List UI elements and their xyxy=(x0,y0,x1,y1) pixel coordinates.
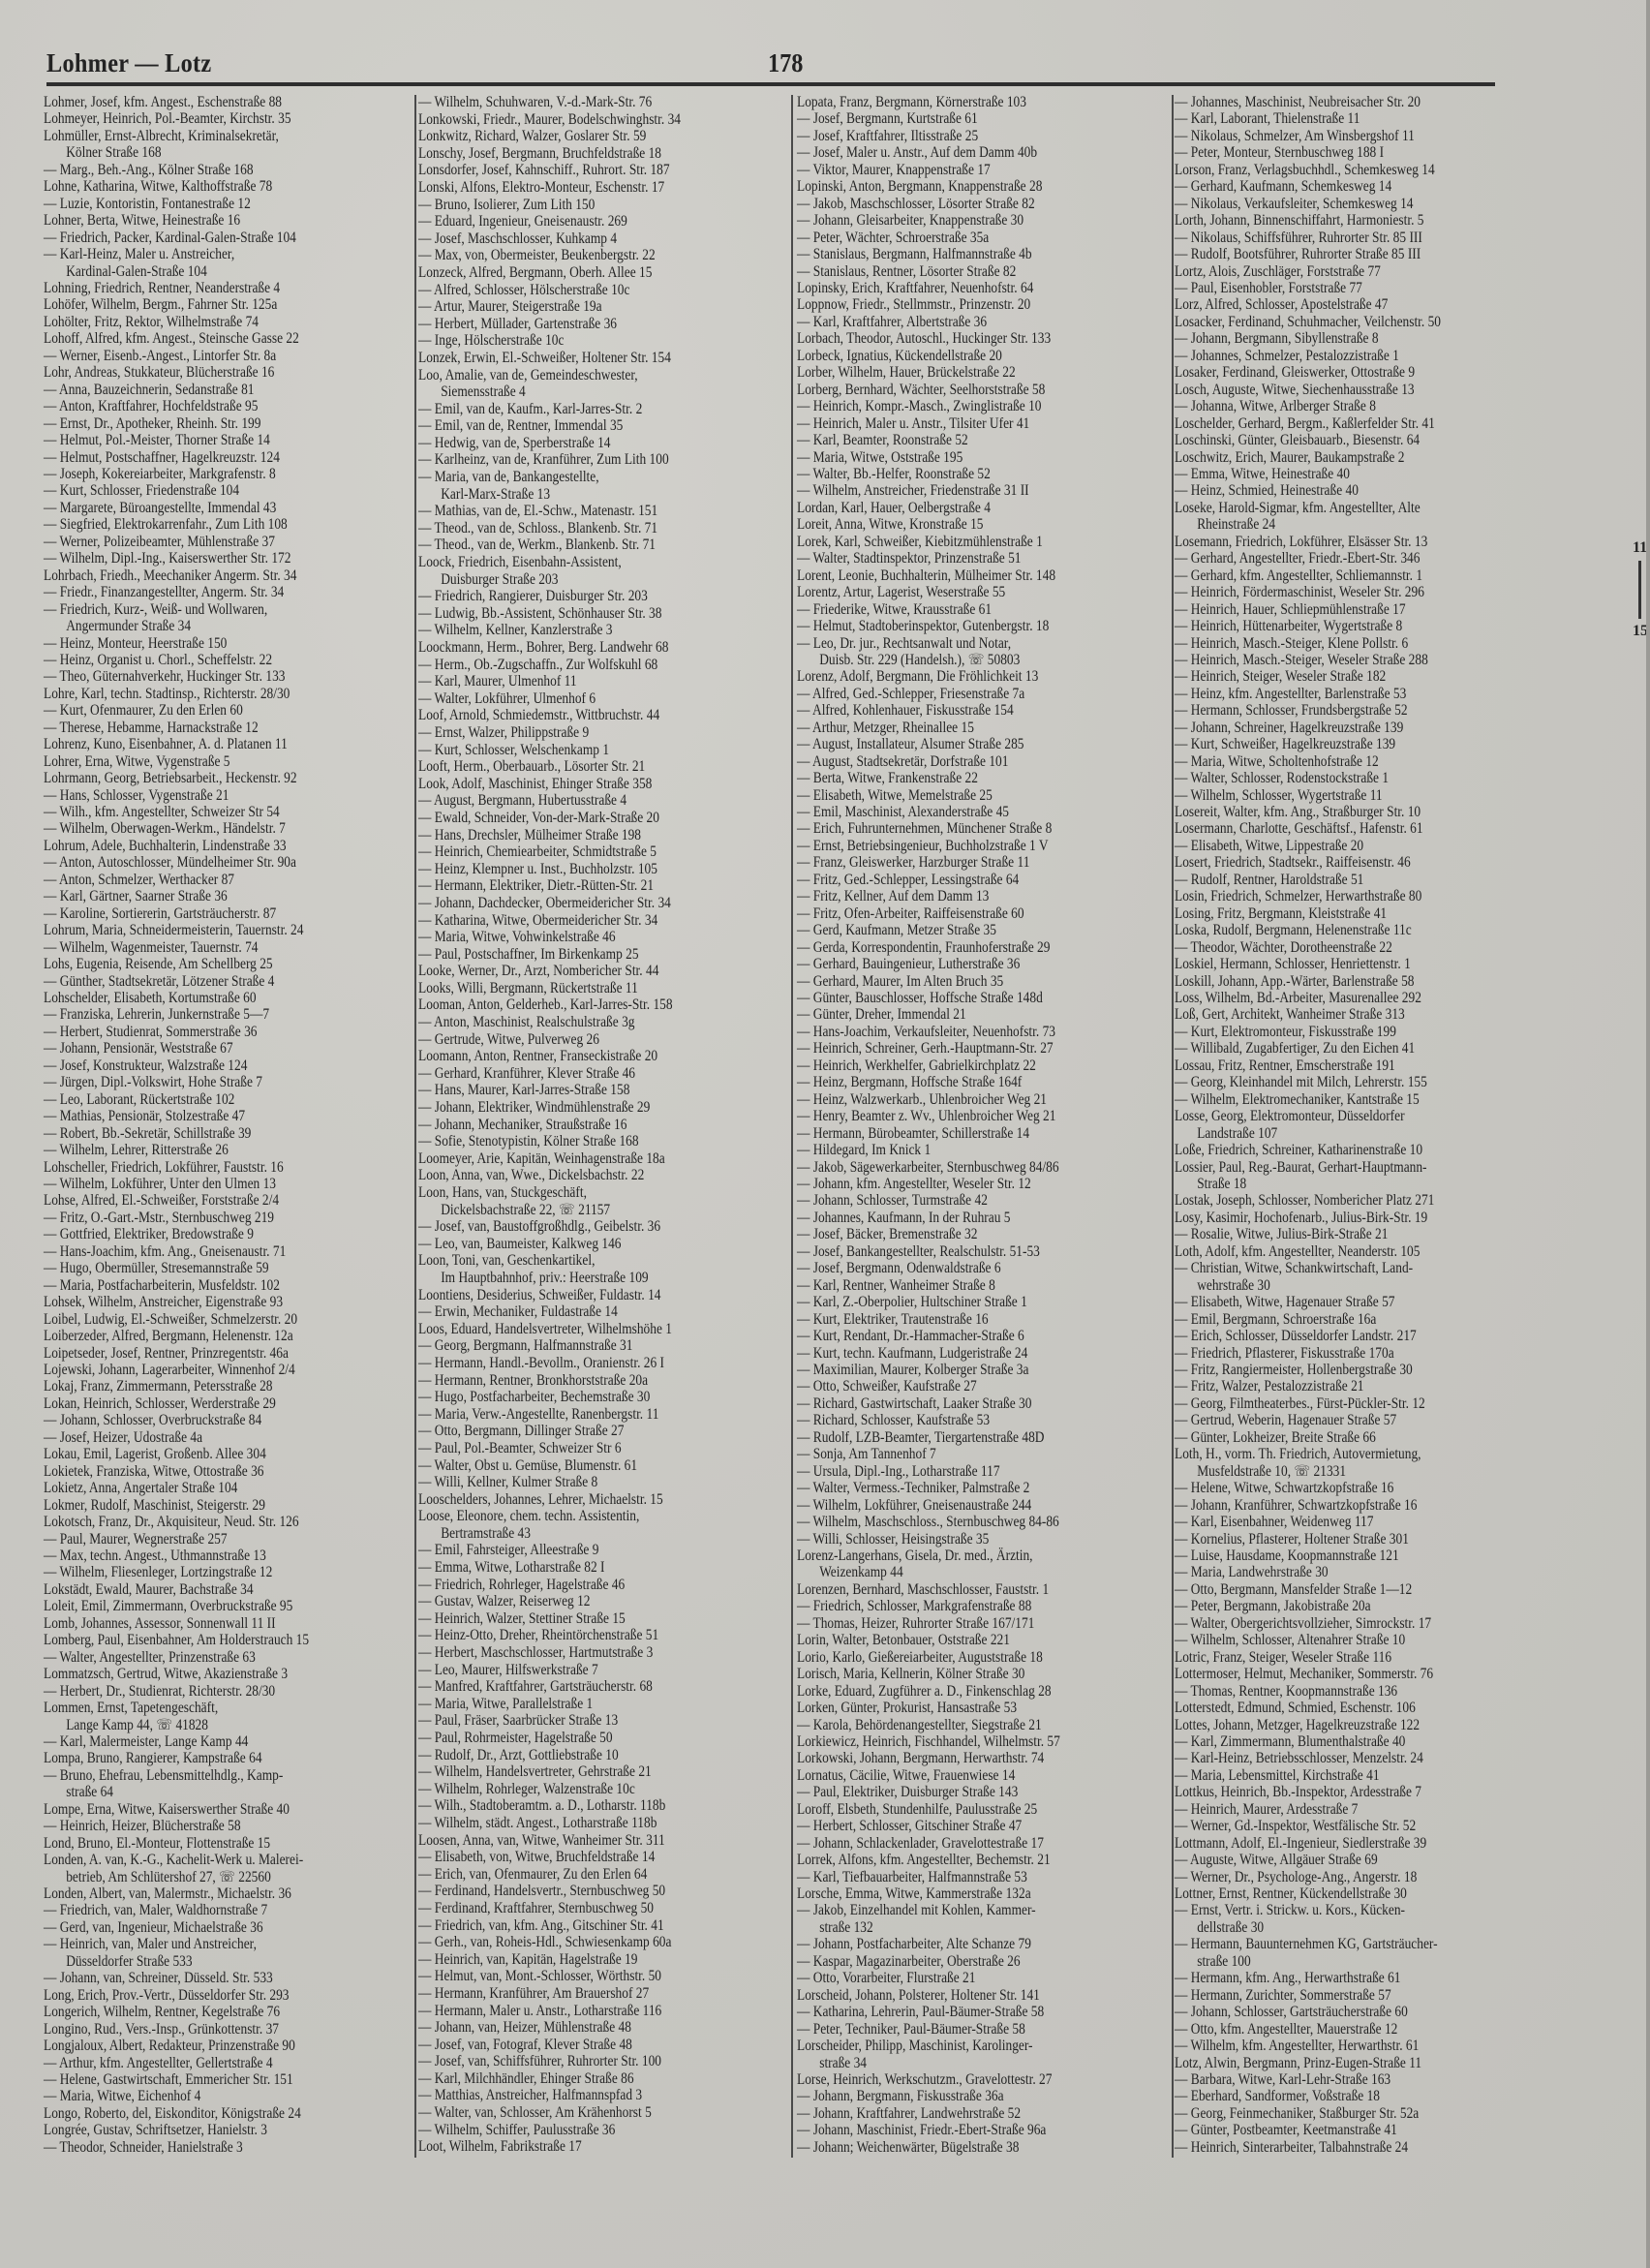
directory-entry: Lottkus, Heinrich, Bb.-Inspektor, Ardess… xyxy=(1175,1784,1491,1800)
directory-entry: — Wilhelm, Handelsvertreter, Gehrstraße … xyxy=(418,1763,728,1781)
directory-entry: — Wilhelm, Lokführer, Unter den Ulmen 13 xyxy=(44,1176,353,1192)
directory-entry: — Wilhelm, Dipl.-Ing., Kaiserswerther St… xyxy=(44,550,353,567)
directory-entry: Losin, Friedrich, Schmelzer, Herwarthstr… xyxy=(1175,888,1491,904)
directory-entry: Loos, Eduard, Handelsvertreter, Wilhelms… xyxy=(418,1321,728,1338)
directory-entry: — Elisabeth, Witwe, Memelstraße 25 xyxy=(797,787,1107,804)
directory-entry: Lorscheider, Philipp, Maschinist, Karoli… xyxy=(797,2038,1107,2054)
directory-entry: Loon, Toni, van, Geschenkartikel, xyxy=(418,1252,728,1270)
entry-continuation: Weizenkamp 44 xyxy=(797,1564,1107,1580)
directory-entry: — Emma, Witwe, Heinestraße 40 xyxy=(1175,466,1491,482)
directory-entry: — Heinz, Bergmann, Hoffsche Straße 164f xyxy=(797,1074,1107,1090)
directory-entry: — Heinrich, Maler u. Anstr., Tilsiter Uf… xyxy=(797,415,1107,432)
directory-entry: — Heinrich, Masch.-Steiger, Klene Pollst… xyxy=(1175,635,1491,652)
directory-entry: Lortz, Alois, Zuschläger, Forststraße 77 xyxy=(1175,263,1491,280)
directory-entry: — Wilhelm, Schlosser, Altenahrer Straße … xyxy=(1175,1632,1491,1648)
directory-entry: — Heinrich, Steiger, Weseler Straße 182 xyxy=(1175,668,1491,685)
directory-entry: Lokaj, Franz, Zimmermann, Petersstraße 2… xyxy=(44,1378,353,1395)
directory-entry: Look, Adolf, Maschinist, Ehinger Straße … xyxy=(418,776,728,793)
directory-entry: Lohrenz, Kuno, Eisenbahner, A. d. Platan… xyxy=(44,736,353,752)
directory-entry: — Paul, Eisenhobler, Forststraße 77 xyxy=(1175,280,1491,296)
directory-entry: Losert, Friedrich, Stadtsekr., Raiffeise… xyxy=(1175,854,1491,871)
directory-entry: Loth, H., vorm. Th. Friedrich, Autovermi… xyxy=(1175,1446,1491,1462)
directory-entry: — Gertrud, Weberin, Hagenauer Straße 57 xyxy=(1175,1412,1491,1428)
directory-entry: Londen, A. van, K.-G., Kachelit-Werk u. … xyxy=(44,1852,353,1868)
directory-entry: — Josef, Bankangestellter, Realschulstr.… xyxy=(797,1243,1107,1260)
entry-continuation: Duisb. Str. 229 (Handelsh.), ☏ 50803 xyxy=(797,652,1107,668)
directory-entry: — Karl, Tiefbauarbeiter, Halfmannstraße … xyxy=(797,1869,1107,1885)
directory-entry: — Georg, Kleinhandel mit Milch, Lehrerst… xyxy=(1175,1074,1491,1090)
directory-entry: — Maria, Landwehrstraße 30 xyxy=(1175,1564,1491,1580)
page-edge xyxy=(1646,0,1650,2268)
directory-entry: — Viktor, Maurer, Knappenstraße 17 xyxy=(797,162,1107,178)
entry-continuation: Straße 18 xyxy=(1175,1176,1491,1192)
directory-entry: Lorse, Heinrich, Werkschutzm., Gravelott… xyxy=(797,2071,1107,2088)
directory-entry: Loipetseder, Josef, Rentner, Prinzregent… xyxy=(44,1345,353,1362)
directory-entry: Lorenz-Langerhans, Gisela, Dr. med., Ärz… xyxy=(797,1548,1107,1564)
directory-entry: — Walter, Obergerichtsvollzieher, Simroc… xyxy=(1175,1615,1491,1632)
directory-entry: — Elisabeth, Witwe, Lippestraße 20 xyxy=(1175,838,1491,854)
directory-entry: Lopinsky, Erich, Kraftfahrer, Neuenhofst… xyxy=(797,280,1107,296)
entry-continuation: straße 64 xyxy=(44,1784,353,1800)
directory-entry: — Paul, Postschaffner, Im Birkenkamp 25 xyxy=(418,946,728,964)
directory-entry: — Wilhelm, Schuhwaren, V.-d.-Mark-Str. 7… xyxy=(418,94,728,111)
directory-entry: — Maria, Lebensmittel, Kirchstraße 41 xyxy=(1175,1767,1491,1784)
directory-entry: — Ferdinand, Handelsvertr., Sternbuschwe… xyxy=(418,1883,728,1900)
directory-entry: — Otto, kfm. Angestellter, Mauerstraße 1… xyxy=(1175,2021,1491,2038)
directory-entry: Lossau, Fritz, Rentner, Emscherstraße 19… xyxy=(1175,1057,1491,1074)
directory-entry: — Willi, Schlosser, Heisingstraße 35 xyxy=(797,1531,1107,1548)
directory-entry: — Heinrich, Chemiearbeiter, Schmidtstraß… xyxy=(418,843,728,861)
directory-entry: — Heinrich, Werkhelfer, Gabrielkirchplat… xyxy=(797,1057,1107,1074)
directory-entry: — Heinrich, Heizer, Blücherstraße 58 xyxy=(44,1818,353,1834)
directory-entry: — Sofie, Stenotypistin, Kölner Straße 16… xyxy=(418,1133,728,1150)
directory-entry: Lorke, Eduard, Zugführer a. D., Finkensc… xyxy=(797,1683,1107,1700)
directory-entry: — Emil, van de, Kaufm., Karl-Jarres-Str.… xyxy=(418,401,728,418)
directory-entry: Losse, Georg, Elektromonteur, Düsseldorf… xyxy=(1175,1108,1491,1124)
directory-entry: Lohsek, Wilhelm, Anstreicher, Eigenstraß… xyxy=(44,1294,353,1310)
column-divider xyxy=(1172,95,1174,2158)
directory-entry: Lotterstedt, Edmund, Schmied, Eschenstr.… xyxy=(1175,1700,1491,1716)
directory-entry: — Herbert, Dr., Studienrat, Richterstr. … xyxy=(44,1683,353,1700)
directory-entry: Loiberzeder, Alfred, Bergmann, Helenenst… xyxy=(44,1328,353,1344)
directory-entry: — Hans, Maurer, Karl-Jarres-Straße 158 xyxy=(418,1082,728,1099)
directory-entry: Longrée, Gustav, Schriftsetzer, Hanielst… xyxy=(44,2122,353,2138)
directory-entry: Long, Erich, Prov.-Vertr., Düsseldorfer … xyxy=(44,1987,353,2004)
directory-entry: — Wilhelm, Kellner, Kanzlerstraße 3 xyxy=(418,622,728,639)
entry-continuation: Kölner Straße 168 xyxy=(44,144,353,161)
directory-entry: Loockmann, Herm., Bohrer, Berg. Landwehr… xyxy=(418,639,728,657)
directory-entry: Lotric, Franz, Steiger, Weseler Straße 1… xyxy=(1175,1649,1491,1666)
page-number: 178 xyxy=(768,48,803,78)
directory-entry: — Hans-Joachim, kfm. Ang., Gneisenaustr.… xyxy=(44,1243,353,1260)
directory-entry: Losacker, Ferdinand, Schuhmacher, Veilch… xyxy=(1175,314,1491,330)
directory-entry: — Paul, Maurer, Wegnerstraße 257 xyxy=(44,1531,353,1548)
directory-entry: — Leo, van, Baumeister, Kalkweg 146 xyxy=(418,1236,728,1253)
directory-entry: — Johann, Kraftfahrer, Landwehrstraße 52 xyxy=(797,2105,1107,2122)
directory-entry: — Berta, Witwe, Frankenstraße 22 xyxy=(797,770,1107,786)
directory-entry: Lorisch, Maria, Kellnerin, Kölner Straße… xyxy=(797,1666,1107,1682)
directory-entry: — Josef, van, Schiffsführer, Ruhrorter S… xyxy=(418,2053,728,2070)
directory-entry: Lokietz, Anna, Angertaler Straße 104 xyxy=(44,1480,353,1496)
directory-entry: — Gerda, Korrespondentin, Fraunhoferstra… xyxy=(797,939,1107,956)
directory-entry: Lohscheller, Friedrich, Lokführer, Faust… xyxy=(44,1159,353,1176)
directory-entry: Longjaloux, Albert, Redakteur, Prinzenst… xyxy=(44,2038,353,2054)
directory-entry: Loschwitz, Erich, Maurer, Baukampstraße … xyxy=(1175,449,1491,466)
margin-bar xyxy=(1638,561,1641,619)
directory-entry: — Hildegard, Im Knick 1 xyxy=(797,1142,1107,1158)
directory-entry: — Heinz, Monteur, Heerstraße 150 xyxy=(44,635,353,652)
directory-entry: — Otto, Bergmann, Mansfelder Straße 1—12 xyxy=(1175,1581,1491,1598)
directory-entry: — Barbara, Witwe, Karl-Lehr-Straße 163 xyxy=(1175,2071,1491,2088)
directory-entry: — Johann; Weichenwärter, Bügelstraße 38 xyxy=(797,2139,1107,2156)
directory-entry: — Ludwig, Bb.-Assistent, Schönhauser Str… xyxy=(418,605,728,623)
directory-entry: — Maria, van de, Bankangestellte, xyxy=(418,469,728,486)
directory-entry: — Fritz, Rangiermeister, Hollenbergstraß… xyxy=(1175,1362,1491,1378)
directory-entry: — Kurt, Elektromonteur, Fiskusstraße 199 xyxy=(1175,1024,1491,1040)
directory-entry: — Heinrich, Fördermaschinist, Weseler St… xyxy=(1175,584,1491,600)
directory-entry: — Heinrich, Maurer, Ardesstraße 7 xyxy=(1175,1801,1491,1818)
directory-entry: Lomberg, Paul, Eisenbahner, Am Holderstr… xyxy=(44,1632,353,1648)
directory-entry: Lohning, Friedrich, Rentner, Neanderstra… xyxy=(44,280,353,296)
directory-entry: — Theodor, Wächter, Dorotheenstraße 22 xyxy=(1175,939,1491,956)
directory-entry: — Rudolf, LZB-Beamter, Tiergartenstraße … xyxy=(797,1429,1107,1446)
directory-entry: — Theodor, Schneider, Hanielstraße 3 xyxy=(44,2139,353,2156)
directory-entry: — Stanislaus, Bergmann, Halfmannstraße 4… xyxy=(797,246,1107,262)
directory-entry: — Maria, Witwe, Vohwinkelstraße 46 xyxy=(418,929,728,946)
directory-entry: — Rudolf, Bootsführer, Ruhrorter Straße … xyxy=(1175,246,1491,262)
directory-entry: — Johann, Dachdecker, Obermeidericher St… xyxy=(418,895,728,912)
directory-entry: Loskill, Johann, App.-Wärter, Barlenstra… xyxy=(1175,973,1491,990)
directory-entry: Lottermoser, Helmut, Mechaniker, Sommers… xyxy=(1175,1666,1491,1682)
entry-continuation: straße 34 xyxy=(797,2055,1107,2071)
directory-entry: — Kaspar, Magazinarbeiter, Oberstraße 26 xyxy=(797,1953,1107,1970)
directory-entry: — Peter, Wächter, Schroerstraße 35a xyxy=(797,230,1107,246)
directory-entry: Lohoff, Alfred, kfm. Angest., Steinsche … xyxy=(44,330,353,347)
directory-entry: Loock, Friedrich, Eisenbahn-Assistent, xyxy=(418,554,728,571)
directory-entry: Lohse, Alfred, El.-Schweißer, Forststraß… xyxy=(44,1192,353,1209)
directory-entry: — Heinrich, Schreiner, Gerh.-Hauptmann-S… xyxy=(797,1040,1107,1057)
directory-entry: Lompa, Bruno, Rangierer, Kampstraße 64 xyxy=(44,1750,353,1766)
directory-entry: Lonschy, Josef, Bergmann, Bruchfeldstraß… xyxy=(418,145,728,163)
directory-entry: Lordan, Karl, Hauer, Oelbergstraße 4 xyxy=(797,500,1107,516)
entry-continuation: Angermunder Straße 34 xyxy=(44,618,353,634)
directory-entry: — Ernst, Betriebsingenieur, Buchholzstra… xyxy=(797,838,1107,854)
directory-entry: — Wilhelm, städt. Angest., Lotharstraße … xyxy=(418,1815,728,1832)
directory-entry: — Ernst, Dr., Apotheker, Rheinh. Str. 19… xyxy=(44,415,353,432)
directory-entry: — Inge, Hölscherstraße 10c xyxy=(418,332,728,350)
directory-entry: — Otto, Vorarbeiter, Flurstraße 21 xyxy=(797,1970,1107,1986)
directory-entry: Lorth, Johann, Binnenschiffahrt, Harmoni… xyxy=(1175,212,1491,229)
directory-entry: — Heinrich, van, Kapitän, Hagelstraße 19 xyxy=(418,1951,728,1969)
directory-entry: Lokietek, Franziska, Witwe, Ottostraße 3… xyxy=(44,1463,353,1480)
directory-entry: — Gertrude, Witwe, Pulverweg 26 xyxy=(418,1031,728,1049)
entry-continuation: Musfeldstraße 10, ☏ 21331 xyxy=(1175,1463,1491,1480)
directory-entry: Looschelders, Johannes, Lehrer, Michaels… xyxy=(418,1491,728,1509)
directory-entry: — Hermann, Maler u. Anstr., Lotharstraße… xyxy=(418,2003,728,2020)
directory-entry: — Jakob, Einzelhandel mit Kohlen, Kammer… xyxy=(797,1902,1107,1918)
directory-entry: — Josef, Bergmann, Kurtstraße 61 xyxy=(797,110,1107,127)
directory-entry: — Herm., Ob.-Zugschaffn., Zur Wolfskuhl … xyxy=(418,657,728,674)
directory-entry: — Georg, Bergmann, Halfmannstraße 31 xyxy=(418,1337,728,1355)
directory-entry: — Eberhard, Sandformer, Voßstraße 18 xyxy=(1175,2088,1491,2104)
directory-entry: Looft, Herm., Oberbauarb., Lösorter Str.… xyxy=(418,758,728,776)
column-divider xyxy=(791,95,793,2158)
directory-entry: Longerich, Wilhelm, Rentner, Kegelstraße… xyxy=(44,2004,353,2020)
directory-entry: — Leo, Dr. jur., Rechtsanwalt und Notar, xyxy=(797,635,1107,652)
directory-entry: — Helmut, Stadtoberinspektor, Gutenbergs… xyxy=(797,618,1107,634)
directory-entry: — Ursula, Dipl.-Ing., Lotharstraße 117 xyxy=(797,1463,1107,1480)
directory-entry: — Willi, Kellner, Kulmer Straße 8 xyxy=(418,1474,728,1491)
directory-entry: — Maria, Postfacharbeiterin, Musfeldstr.… xyxy=(44,1277,353,1294)
directory-entry: — Hans-Joachim, Verkaufsleiter, Neuenhof… xyxy=(797,1024,1107,1040)
directory-entry: — Hermann, Zurichter, Sommerstraße 57 xyxy=(1175,1987,1491,2004)
directory-entry: — Heinrich, Walzer, Stettiner Straße 15 xyxy=(418,1610,728,1628)
directory-entry: Lohr, Andreas, Stukkateur, Blücherstraße… xyxy=(44,364,353,381)
directory-entry: — Wilhelm, Fliesenleger, Lortzingstraße … xyxy=(44,1564,353,1580)
directory-entry: — Theod., van de, Werkm., Blankenb. Str.… xyxy=(418,536,728,554)
directory-entry: — Friedrich, Kurz-, Weiß- und Wollwaren, xyxy=(44,601,353,618)
directory-entry: — Friedrich, Pflasterer, Fiskusstraße 17… xyxy=(1175,1345,1491,1362)
directory-entry: Lorenz, Adolf, Bergmann, Die Fröhlichkei… xyxy=(797,668,1107,685)
directory-entry: — Maria, Witwe, Oststraße 195 xyxy=(797,449,1107,466)
directory-entry: — Gerhard, Kranführer, Klever Straße 46 xyxy=(418,1065,728,1083)
directory-entry: Lommatzsch, Gertrud, Witwe, Akazienstraß… xyxy=(44,1666,353,1682)
directory-entry: — August, Stadtsekretär, Dorfstraße 101 xyxy=(797,753,1107,770)
directory-entry: — Johann, Bergmann, Fiskusstraße 36a xyxy=(797,2088,1107,2104)
directory-entry: Losemann, Friedrich, Lokführer, Elsässer… xyxy=(1175,534,1491,550)
directory-entry: Lorentz, Artur, Lagerist, Weserstraße 55 xyxy=(797,584,1107,600)
directory-entry: — Josef, van, Baustoffgroßhdlg., Geibels… xyxy=(418,1218,728,1236)
directory-entry: — Georg, Feinmechaniker, Staßburger Str.… xyxy=(1175,2105,1491,2122)
directory-entry: — Heinrich, Sinterarbeiter, Talbahnstraß… xyxy=(1175,2139,1491,2156)
directory-entry: Lossier, Paul, Reg.-Baurat, Gerhart-Haup… xyxy=(1175,1159,1491,1176)
directory-entry: — Theo, Güternahverkehr, Huckinger Str. … xyxy=(44,668,353,685)
directory-entry: — Emil, Bergmann, Schroerstraße 16a xyxy=(1175,1311,1491,1328)
directory-entry: Loss, Wilhelm, Bd.-Arbeiter, Masurenalle… xyxy=(1175,990,1491,1006)
directory-entry: — Kurt, Schlosser, Friedenstraße 104 xyxy=(44,482,353,499)
directory-entry: — Johann, kfm. Angestellter, Weseler Str… xyxy=(797,1176,1107,1192)
directory-entry: — Werner, Dr., Psychologe-Ang., Angerstr… xyxy=(1175,1869,1491,1885)
directory-entry: — Helene, Witwe, Schwartzkopfstraße 16 xyxy=(1175,1480,1491,1496)
entry-continuation: dellstraße 30 xyxy=(1175,1919,1491,1936)
directory-entry: — Josef, Heizer, Udostraße 4a xyxy=(44,1429,353,1446)
directory-entry: — Kurt, Schweißer, Hagelkreuzstraße 139 xyxy=(1175,736,1491,752)
directory-entry: Lokstädt, Ewald, Maurer, Bachstraße 34 xyxy=(44,1581,353,1598)
directory-entry: Lonzeck, Alfred, Bergmann, Oberh. Allee … xyxy=(418,264,728,282)
directory-entry: — Wilhelm, Lehrer, Ritterstraße 26 xyxy=(44,1142,353,1158)
directory-column-2: — Wilhelm, Schuhwaren, V.-d.-Mark-Str. 7… xyxy=(418,94,779,2156)
directory-entry: — Johann, van, Schreiner, Düsseld. Str. … xyxy=(44,1970,353,1986)
directory-entry: — Fritz, Walzer, Pestalozzistraße 21 xyxy=(1175,1378,1491,1395)
directory-entry: — Werner, Gd.-Inspektor, Westfälische St… xyxy=(1175,1818,1491,1834)
directory-entry: — Peter, Monteur, Sternbuschweg 188 I xyxy=(1175,144,1491,161)
entry-continuation: Landstraße 107 xyxy=(1175,1125,1491,1142)
directory-entry: — Günter, Bauschlosser, Hoffsche Straße … xyxy=(797,990,1107,1006)
directory-entry: — Robert, Bb.-Sekretär, Schillstraße 39 xyxy=(44,1125,353,1142)
column-divider xyxy=(414,95,416,2158)
directory-entry: Loof, Arnold, Schmiedemstr., Wittbruchst… xyxy=(418,707,728,724)
directory-entry: — Gerhard, kfm. Angestellter, Schliemann… xyxy=(1175,567,1491,584)
directory-entry: — Peter, Techniker, Paul-Bäumer-Straße 5… xyxy=(797,2021,1107,2038)
directory-entry: Loschelder, Gerhard, Bergm., Kaßlerfelde… xyxy=(1175,415,1491,432)
directory-entry: Loo, Amalie, van de, Gemeindeschwester, xyxy=(418,367,728,384)
directory-entry: Loskiel, Hermann, Schlosser, Henriettens… xyxy=(1175,956,1491,972)
directory-entry: Lohre, Karl, techn. Stadtinsp., Richters… xyxy=(44,686,353,702)
directory-entry: — Wilhelm, Elektromechaniker, Kantstraße… xyxy=(1175,1091,1491,1108)
directory-entry: — Therese, Hebamme, Harnackstraße 12 xyxy=(44,720,353,736)
directory-entry: — Rudolf, Dr., Arzt, Gottliebstraße 10 xyxy=(418,1747,728,1764)
directory-entry: — Erich, Fuhrunternehmen, Münchener Stra… xyxy=(797,820,1107,837)
directory-entry: — Josef, Maschschlosser, Kuhkamp 4 xyxy=(418,230,728,248)
directory-entry: Lojewski, Johann, Lagerarbeiter, Winnenh… xyxy=(44,1362,353,1378)
directory-entry: — Hans, Schlosser, Vygenstraße 21 xyxy=(44,787,353,804)
directory-entry: — Heinrich, Masch.-Steiger, Weseler Stra… xyxy=(1175,652,1491,668)
directory-entry: — Johannes, Schmelzer, Pestalozzistraße … xyxy=(1175,348,1491,364)
directory-entry: — Maria, Verw.-Angestellte, Ranenbergstr… xyxy=(418,1406,728,1424)
directory-entry: — Ferdinand, Kraftfahrer, Sternbuschweg … xyxy=(418,1900,728,1917)
page-title: Lohmer — Lotz xyxy=(46,48,211,78)
directory-entry: — Friedrich, Rohrleger, Hagelstraße 46 xyxy=(418,1577,728,1594)
directory-entry: Looman, Anton, Gelderheb., Karl-Jarres-S… xyxy=(418,996,728,1014)
directory-entry: — Hugo, Postfacharbeiter, Bechemstraße 3… xyxy=(418,1389,728,1406)
directory-entry: Lohrmann, Georg, Betriebsarbeit., Hecken… xyxy=(44,770,353,786)
directory-entry: — Wilhelm, Lokführer, Gneisenaustraße 24… xyxy=(797,1497,1107,1514)
directory-entry: Lohöfer, Wilhelm, Bergm., Fahrner Str. 1… xyxy=(44,296,353,313)
directory-entry: — Fritz, Ged.-Schlepper, Lessingstraße 6… xyxy=(797,872,1107,888)
directory-entry: — Matthias, Anstreicher, Halfmannspfad 3 xyxy=(418,2087,728,2104)
directory-entry: Lonkowski, Friedr., Maurer, Bodelschwing… xyxy=(418,111,728,129)
directory-entry: — Karl, Kraftfahrer, Albertstraße 36 xyxy=(797,314,1107,330)
directory-entry: — Josef, Maler u. Anstr., Auf dem Damm 4… xyxy=(797,144,1107,161)
directory-entry: — Fritz, Ofen-Arbeiter, Raiffeisenstraße… xyxy=(797,905,1107,922)
directory-entry: Loße, Friedrich, Schreiner, Katharinenst… xyxy=(1175,1142,1491,1158)
directory-entry: Loontiens, Desiderius, Schweißer, Fuldas… xyxy=(418,1287,728,1304)
directory-entry: Loseke, Harold-Sigmar, kfm. Angestellter… xyxy=(1175,500,1491,516)
directory-entry: Lokotsch, Franz, Dr., Akquisiteur, Neud.… xyxy=(44,1514,353,1530)
directory-entry: — Josef, Konstrukteur, Walzstraße 124 xyxy=(44,1057,353,1074)
directory-entry: Losing, Fritz, Bergmann, Kleiststraße 41 xyxy=(1175,905,1491,922)
directory-entry: — Anton, Maschinist, Realschulstraße 3g xyxy=(418,1014,728,1031)
directory-entry: Lommen, Ernst, Tapetengeschäft, xyxy=(44,1700,353,1716)
directory-entry: Loreit, Anna, Witwe, Kronstraße 15 xyxy=(797,516,1107,533)
directory-entry: Lohner, Berta, Witwe, Heinestraße 16 xyxy=(44,212,353,229)
directory-entry: — Arthur, kfm. Angestellter, Gellertstra… xyxy=(44,2055,353,2071)
directory-entry: — Paul, Elektriker, Duisburger Straße 14… xyxy=(797,1784,1107,1800)
directory-entry: — Hans, Drechsler, Mülheimer Straße 198 xyxy=(418,827,728,844)
directory-entry: — Gerhard, Bauingenieur, Lutherstraße 36 xyxy=(797,956,1107,972)
directory-entry: — Hermann, kfm. Ang., Herwarthstraße 61 xyxy=(1175,1970,1491,1986)
directory-entry: — Heinz, Schmied, Heinestraße 40 xyxy=(1175,482,1491,499)
directory-entry: — Max, von, Obermeister, Beukenbergstr. … xyxy=(418,247,728,264)
directory-entry: — Leo, Laborant, Rückertstraße 102 xyxy=(44,1091,353,1108)
directory-entry: — Wilhelm, Oberwagen-Werkm., Händelstr. … xyxy=(44,820,353,837)
entry-continuation: wehrstraße 30 xyxy=(1175,1277,1491,1294)
directory-entry: — Helmut, Postschaffner, Hagelkreuzstr. … xyxy=(44,449,353,466)
directory-entry: — Max, techn. Angest., Uthmannstraße 13 xyxy=(44,1548,353,1564)
directory-entry: — Peter, Bergmann, Jakobistraße 20a xyxy=(1175,1598,1491,1614)
directory-entry: — Gerhard, Kaufmann, Schemkesweg 14 xyxy=(1175,178,1491,195)
directory-entry: — Joseph, Kokereiarbeiter, Markgrafenstr… xyxy=(44,466,353,482)
directory-entry: — Gerd, van, Ingenieur, Michaelstraße 36 xyxy=(44,1919,353,1936)
directory-entry: — Manfred, Kraftfahrer, Gartsträucherstr… xyxy=(418,1678,728,1696)
directory-entry: — August, Bergmann, Hubertusstraße 4 xyxy=(418,792,728,810)
directory-entry: — Wilhelm, Schiffer, Paulusstraße 36 xyxy=(418,2122,728,2139)
directory-entry: — Richard, Schlosser, Kaufstraße 53 xyxy=(797,1412,1107,1428)
directory-entry: — Johanna, Witwe, Arlberger Straße 8 xyxy=(1175,398,1491,414)
directory-entry: — Erich, van, Ofenmaurer, Zu den Erlen 6… xyxy=(418,1866,728,1884)
directory-entry: — Margarete, Büroangestellte, Immendal 4… xyxy=(44,500,353,516)
directory-entry: — Hermann, Bürobeamter, Schillerstraße 1… xyxy=(797,1125,1107,1142)
directory-entry: — Otto, Bergmann, Dillinger Straße 27 xyxy=(418,1423,728,1440)
directory-entry: — Hermann, Kranführer, Am Brauershof 27 xyxy=(418,1985,728,2003)
directory-entry: — Wilh., kfm. Angestellter, Schweizer St… xyxy=(44,804,353,820)
directory-entry: Looke, Werner, Dr., Arzt, Nombericher St… xyxy=(418,963,728,980)
directory-entry: Lotz, Alwin, Bergmann, Prinz-Eugen-Straß… xyxy=(1175,2055,1491,2071)
directory-entry: — Heinz, kfm. Angestellter, Barlenstraße… xyxy=(1175,686,1491,702)
directory-entry: — Hermann, Handl.-Bevollm., Oranienstr. … xyxy=(418,1355,728,1372)
directory-entry: — Ernst, Vertr. i. Strickw. u. Kors., Kü… xyxy=(1175,1902,1491,1918)
directory-entry: — Hugo, Obermüller, Stresemannstraße 59 xyxy=(44,1260,353,1276)
directory-entry: Lorz, Alfred, Schlosser, Apostelstraße 4… xyxy=(1175,296,1491,313)
directory-entry: — Günter, Postbeamter, Keetmanstraße 41 xyxy=(1175,2122,1491,2138)
directory-entry: Lohschelder, Elisabeth, Kortumstraße 60 xyxy=(44,990,353,1006)
directory-entry: — Gerd, Kaufmann, Metzer Straße 35 xyxy=(797,922,1107,938)
directory-entry: Lond, Bruno, El.-Monteur, Flottenstraße … xyxy=(44,1835,353,1852)
directory-entry: — Elisabeth, Witwe, Hagenauer Straße 57 xyxy=(1175,1294,1491,1310)
directory-entry: — Luise, Hausdame, Koopmannstraße 121 xyxy=(1175,1548,1491,1564)
directory-entry: — Arthur, Metzger, Rheinallee 15 xyxy=(797,720,1107,736)
directory-entry: — Heinz, Klempner u. Inst., Buchholzstr.… xyxy=(418,861,728,878)
directory-entry: Lopinski, Anton, Bergmann, Knappenstraße… xyxy=(797,178,1107,195)
directory-entry: — Karl, Zimmermann, Blumenthalstraße 40 xyxy=(1175,1733,1491,1750)
margin-note-top: 11 xyxy=(1633,539,1647,557)
directory-entry: — Karlheinz, van de, Kranführer, Zum Lit… xyxy=(418,451,728,469)
directory-entry: — Kurt, Ofenmaurer, Zu den Erlen 60 xyxy=(44,702,353,719)
directory-entry: Lorent, Leonie, Buchhalterin, Mülheimer … xyxy=(797,567,1107,584)
directory-entry: — Artur, Maurer, Steigerstraße 19a xyxy=(418,298,728,316)
directory-entry: — Helmut, van, Mont.-Schlosser, Wörthstr… xyxy=(418,1968,728,1985)
directory-entry: Lohrum, Adele, Buchhalterin, Lindenstraß… xyxy=(44,838,353,854)
directory-entry: — Katharina, Lehrerin, Paul-Bäumer-Straß… xyxy=(797,2004,1107,2020)
directory-entry: Lokau, Emil, Lagerist, Großenb. Allee 30… xyxy=(44,1446,353,1462)
directory-entry: Longino, Rud., Vers.-Insp., Grünkottenst… xyxy=(44,2021,353,2038)
directory-entry: Loppnow, Friedr., Stellmmstr., Prinzenst… xyxy=(797,296,1107,313)
directory-entry: — Wilhelm, Rohrleger, Walzenstraße 10c xyxy=(418,1781,728,1798)
directory-entry: — Emil, Fahrsteiger, Alleestraße 9 xyxy=(418,1542,728,1559)
entry-continuation: Duisburger Straße 203 xyxy=(418,571,728,589)
directory-entry: — Maximilian, Maurer, Kolberger Straße 3… xyxy=(797,1362,1107,1378)
page-header: Lohmer — Lotz 178 xyxy=(46,48,1499,87)
directory-entry: — Auguste, Witwe, Allgäuer Straße 69 xyxy=(1175,1852,1491,1868)
directory-entry: — Wilhelm, Schlosser, Wygertstraße 11 xyxy=(1175,787,1491,804)
directory-entry: — Gerh., van, Roheis-Hdl., Schwiesenkamp… xyxy=(418,1934,728,1951)
directory-entry: — Josef, Bäcker, Bremenstraße 32 xyxy=(797,1226,1107,1242)
directory-entry: Loleit, Emil, Zimmermann, Overbruckstraß… xyxy=(44,1598,353,1614)
directory-entry: Lonzek, Erwin, El.-Schweißer, Holtener S… xyxy=(418,350,728,367)
directory-entry: Loß, Gert, Architekt, Wanheimer Straße 3… xyxy=(1175,1006,1491,1023)
directory-entry: — Maria, Witwe, Parallelstraße 1 xyxy=(418,1696,728,1713)
entry-continuation: Siemensstraße 4 xyxy=(418,383,728,401)
directory-entry: Looks, Willi, Bergmann, Rückertstraße 11 xyxy=(418,980,728,997)
directory-entry: Loschinski, Günter, Gleisbauarb., Biesen… xyxy=(1175,432,1491,448)
directory-entry: — Anna, Bauzeichnerin, Sedanstraße 81 xyxy=(44,382,353,398)
directory-entry: — Herbert, Studienrat, Sommerstraße 36 xyxy=(44,1024,353,1040)
directory-entry: — Johann, Bergmann, Sibyllenstraße 8 xyxy=(1175,330,1491,347)
directory-entry: Lorken, Günter, Prokurist, Hansastraße 5… xyxy=(797,1700,1107,1716)
directory-entry: — Maria, Witwe, Scholtenhofstraße 12 xyxy=(1175,753,1491,770)
directory-entry: — Franziska, Lehrerin, Junkernstraße 5—7 xyxy=(44,1006,353,1023)
directory-entry: — Karl, Rentner, Wanheimer Straße 8 xyxy=(797,1277,1107,1294)
